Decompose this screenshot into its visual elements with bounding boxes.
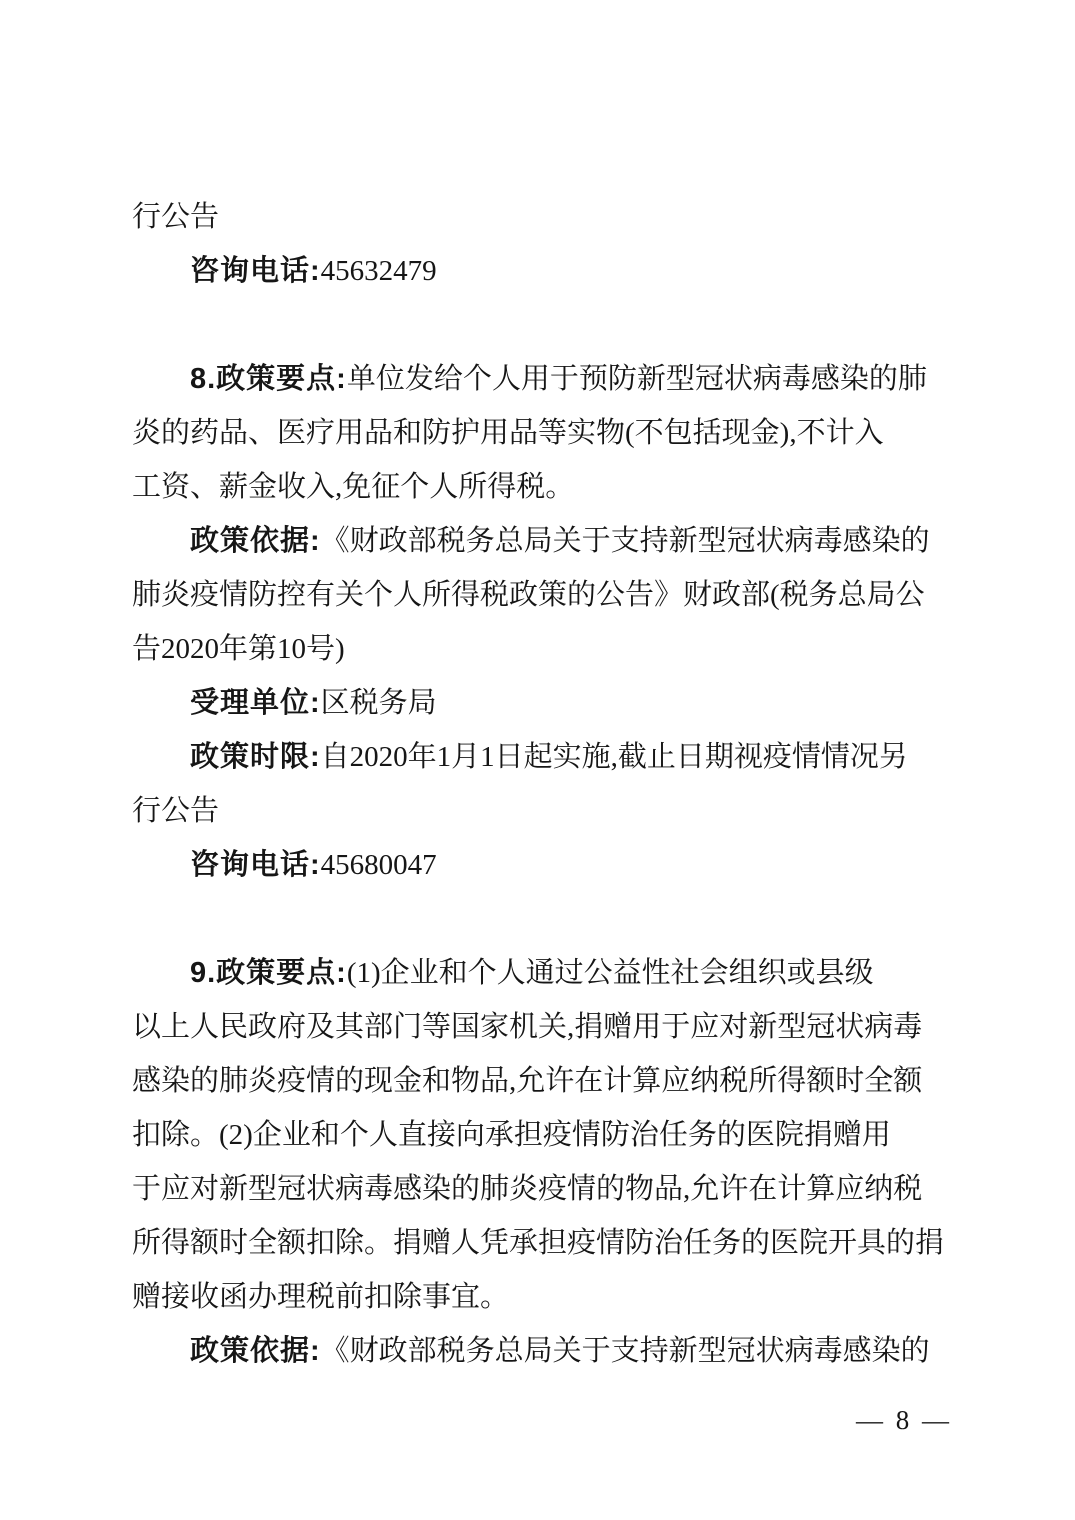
line-text: 《财政部税务总局关于支持新型冠状病毒感染的 [321,1335,930,1367]
line-text: 赠接收函办理税前扣除事宜。 [132,1281,509,1313]
field-label: 政策时限: [190,741,321,773]
line-text: 炎的药品、医疗用品和防护用品等实物(不包括现金),不计入 [132,417,884,449]
text-line: 政策依据:《财政部税务总局关于支持新型冠状病毒感染的 [132,1324,950,1378]
text-line: 行公告 [132,784,950,838]
text-line: 咨询电话:45632479 [132,244,950,298]
line-text: 扣除。(2)企业和个人直接向承担疫情防治任务的医院捐赠用 [132,1119,891,1151]
text-line: 肺炎疫情防控有关个人所得税政策的公告》财政部(税务总局公 [132,568,950,622]
text-line: 咨询电话:45680047 [132,838,950,892]
field-label: 咨询电话: [190,255,321,287]
text-line: 政策时限:自2020年1月1日起实施,截止日期视疫情情况另 [132,730,950,784]
section-heading-label: 8.政策要点: [190,363,347,395]
line-text: 告2020年第10号) [132,633,345,665]
page-content: 行公告 咨询电话:45632479 8.政策要点:单位发给个人用于预防新型冠状病… [132,190,950,1378]
field-label: 受理单位: [190,687,321,719]
text-line: 8.政策要点:单位发给个人用于预防新型冠状病毒感染的肺 [132,352,950,406]
text-line: 9.政策要点:(1)企业和个人通过公益性社会组织或县级 [132,946,950,1000]
line-text: 行公告 [132,201,219,233]
line-text: 感染的肺炎疫情的现金和物品,允许在计算应纳税所得额时全额 [132,1065,922,1097]
text-line: 于应对新型冠状病毒感染的肺炎疫情的物品,允许在计算应纳税 [132,1162,950,1216]
text-line: 受理单位:区税务局 [132,676,950,730]
line-text: 以上人民政府及其部门等国家机关,捐赠用于应对新型冠状病毒 [132,1011,922,1043]
line-text: 45680047 [321,849,437,881]
line-text: 工资、薪金收入,免征个人所得税。 [132,471,574,503]
text-line: 感染的肺炎疫情的现金和物品,允许在计算应纳税所得额时全额 [132,1054,950,1108]
text-line: 以上人民政府及其部门等国家机关,捐赠用于应对新型冠状病毒 [132,1000,950,1054]
text-line: 扣除。(2)企业和个人直接向承担疫情防治任务的医院捐赠用 [132,1108,950,1162]
document-page: 行公告 咨询电话:45632479 8.政策要点:单位发给个人用于预防新型冠状病… [0,0,1075,1520]
line-text: 区税务局 [321,687,437,719]
line-text: 自2020年1月1日起实施,截止日期视疫情情况另 [321,741,908,773]
line-text: 所得额时全额扣除。捐赠人凭承担疫情防治任务的医院开具的捐 [132,1227,944,1259]
line-text: 45632479 [321,255,437,287]
line-text: 《财政部税务总局关于支持新型冠状病毒感染的 [321,525,930,557]
line-text: (1)企业和个人通过公益性社会组织或县级 [347,957,874,989]
blank-line [132,298,950,352]
section-heading-label: 9.政策要点: [190,957,347,989]
line-text: 肺炎疫情防控有关个人所得税政策的公告》财政部(税务总局公 [132,579,925,611]
text-line: 行公告 [132,190,950,244]
field-label: 政策依据: [190,1335,321,1367]
text-line: 政策依据:《财政部税务总局关于支持新型冠状病毒感染的 [132,514,950,568]
text-line: 工资、薪金收入,免征个人所得税。 [132,460,950,514]
blank-line [132,892,950,946]
line-text: 于应对新型冠状病毒感染的肺炎疫情的物品,允许在计算应纳税 [132,1173,922,1205]
field-label: 咨询电话: [190,849,321,881]
line-text: 行公告 [132,795,219,827]
page-number: — 8 — [856,1404,952,1436]
line-text: 单位发给个人用于预防新型冠状病毒感染的肺 [347,363,927,395]
text-line: 所得额时全额扣除。捐赠人凭承担疫情防治任务的医院开具的捐 [132,1216,950,1270]
field-label: 政策依据: [190,525,321,557]
text-line: 炎的药品、医疗用品和防护用品等实物(不包括现金),不计入 [132,406,950,460]
text-line: 赠接收函办理税前扣除事宜。 [132,1270,950,1324]
text-line: 告2020年第10号) [132,622,950,676]
